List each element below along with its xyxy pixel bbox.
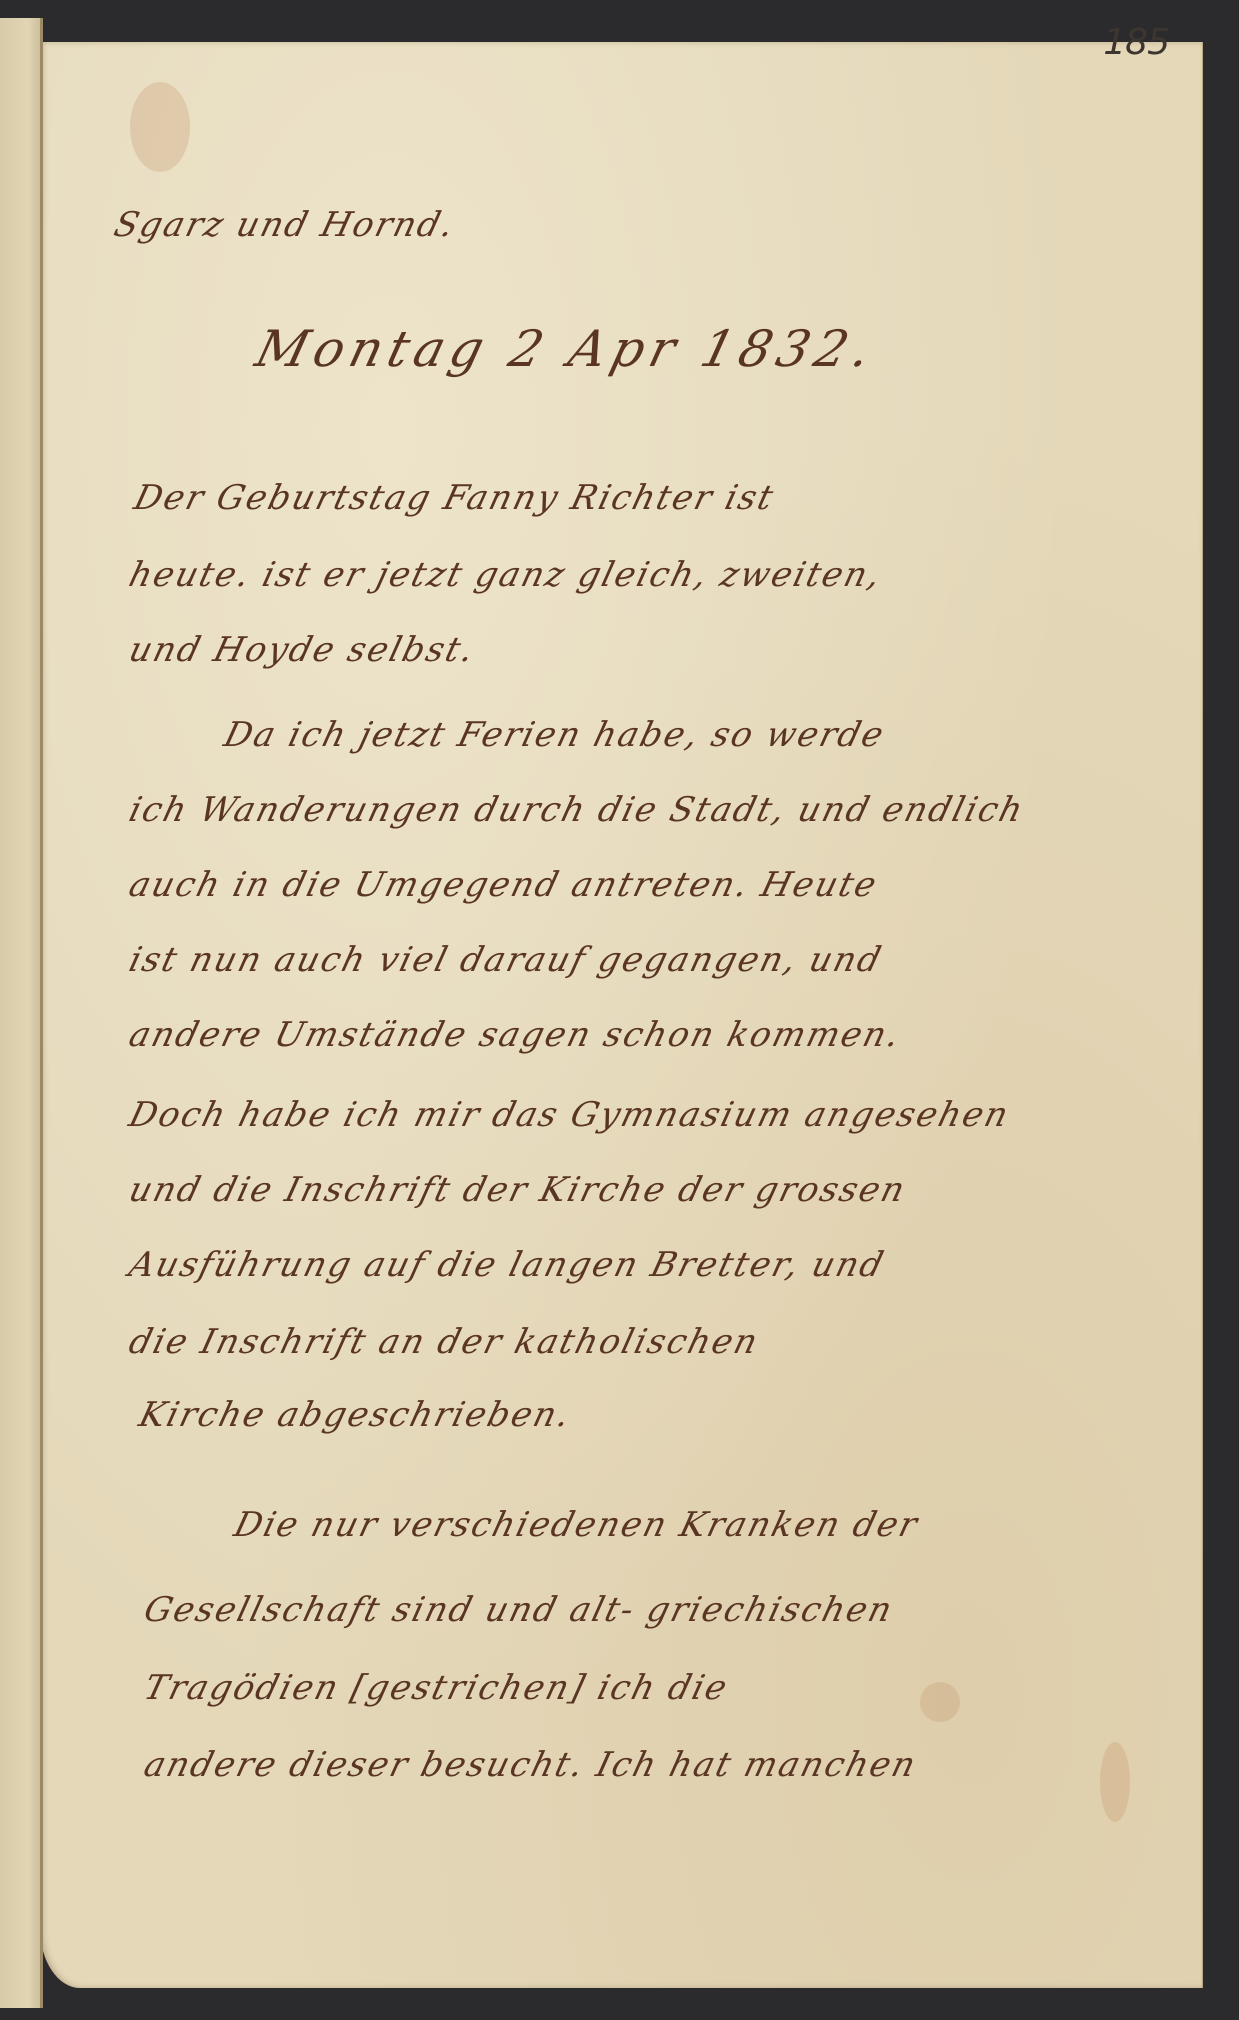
date-heading: Montag 2 Apr 1832.: [250, 320, 883, 378]
text-line: ich Wanderungen durch die Stadt, und end…: [125, 790, 1029, 830]
header-line: Sgarz und Hornd.: [110, 205, 459, 245]
text-line: die Inschrift an der katholischen: [125, 1322, 763, 1362]
text-line: und die Inschrift der Kirche der grossen: [125, 1170, 911, 1210]
page-number: 185: [1103, 22, 1169, 63]
text-line: auch in die Umgegend antreten. Heute: [125, 865, 882, 905]
text-line: Da ich jetzt Ferien habe, so werde: [220, 715, 889, 755]
text-line: Die nur verschiedenen Kranken der: [230, 1505, 923, 1545]
text-line: Doch habe ich mir das Gymnasium angesehe…: [125, 1095, 1014, 1135]
paper-stain: [1100, 1742, 1130, 1822]
text-line: Der Geburtstag Fanny Richter ist: [130, 478, 779, 518]
text-line: und Hoyde selbst.: [125, 630, 479, 670]
facing-page-edge: [0, 18, 40, 2008]
text-line: Gesellschaft sind und alt- griechischen: [140, 1590, 898, 1630]
text-line: andere dieser besucht. Ich hat manchen: [140, 1745, 921, 1785]
text-line: heute. ist er jetzt ganz gleich, zweiten…: [125, 555, 886, 595]
text-line: Kirche abgeschrieben.: [135, 1395, 576, 1435]
paper-stain: [920, 1682, 960, 1722]
paper-stain: [130, 82, 190, 172]
text-line: andere Umstände sagen schon kommen.: [125, 1015, 905, 1055]
binding-gutter: [40, 18, 43, 2008]
text-line: ist nun auch viel darauf gegangen, und: [125, 940, 887, 980]
text-line: Ausführung auf die langen Bretter, und: [125, 1245, 889, 1285]
